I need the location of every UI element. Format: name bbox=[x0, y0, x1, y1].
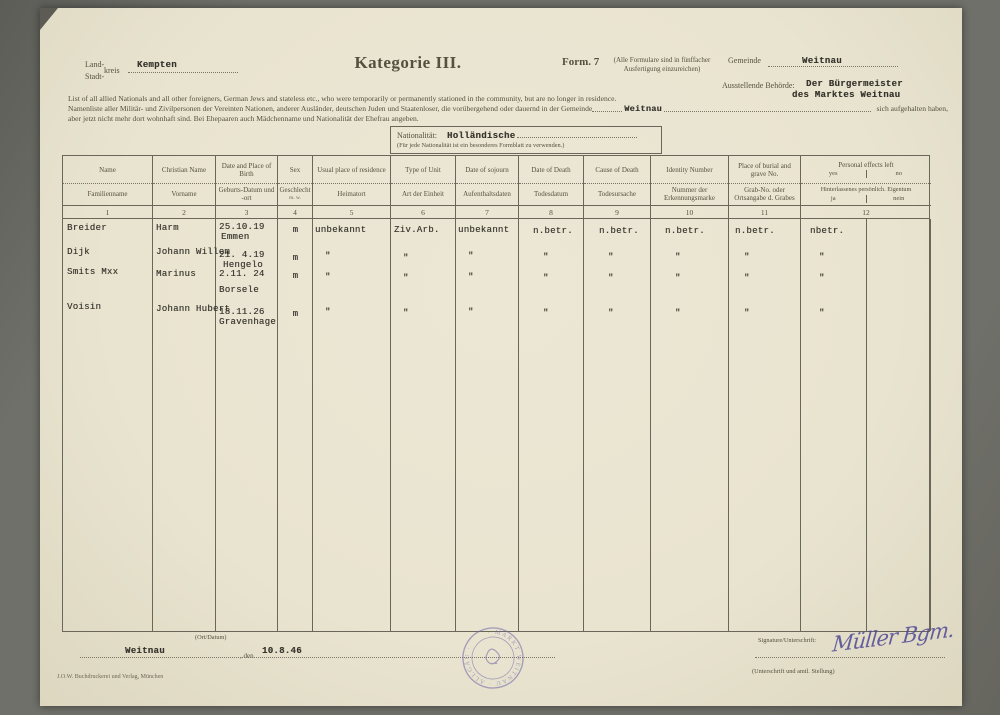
cell-birth-place: Borsele bbox=[219, 285, 259, 295]
col-birth: Date and Place of Birth Geburts-Datum un… bbox=[216, 156, 278, 218]
cell-death-date: " bbox=[543, 308, 549, 318]
cell-birth-place: Emmen bbox=[221, 232, 250, 242]
land-label: Land- bbox=[85, 60, 104, 69]
cell-residence: unbekannt bbox=[315, 225, 366, 235]
official-stamp: · MARKT WEITNAU · ALLGÄU · bbox=[454, 619, 532, 697]
nationality-label: Nationalität: bbox=[397, 131, 437, 140]
nationality-note: (Für jede Nationalität ist ein besondere… bbox=[397, 142, 655, 149]
intro-german-line1: Namenliste aller Militär- und Zivilperso… bbox=[68, 104, 948, 115]
cell-death-date: " bbox=[543, 252, 549, 262]
cell-identity: " bbox=[675, 252, 681, 262]
cell-sex: m bbox=[278, 271, 313, 281]
signature-note: (Unterschrift und amtl. Stellung) bbox=[752, 668, 835, 675]
cell-sex: m bbox=[278, 225, 313, 235]
typed-entries: Breider Harm 25.10.19 Emmen m unbekannt … bbox=[63, 219, 929, 631]
cell-residence: " bbox=[325, 272, 331, 282]
cell-birth-date: 2.11. 24 bbox=[219, 269, 265, 279]
cell-sojourn: unbekannt bbox=[458, 225, 509, 235]
signature-dotted-line bbox=[755, 648, 945, 658]
table-body: Breider Harm 25.10.19 Emmen m unbekannt … bbox=[63, 218, 929, 631]
stamp-emblem bbox=[484, 648, 500, 665]
cell-death-cause: n.betr. bbox=[599, 226, 639, 236]
document-paper: Land- Stadt- kreis Kempten Kategorie III… bbox=[40, 8, 962, 706]
cell-unit: " bbox=[403, 308, 409, 318]
cell-vorname: Marinus bbox=[156, 269, 196, 279]
col-sex: Sex Geschlecht m. w. 4 bbox=[278, 156, 313, 218]
cell-residence: " bbox=[325, 251, 331, 261]
col-identity: Identity Number Nummer der Erkennungsmar… bbox=[651, 156, 729, 218]
behoerde-label: Ausstellende Behörde: bbox=[722, 81, 795, 90]
col-sojourn: Date of sojourn Aufenthaltsdaten 7 bbox=[456, 156, 519, 218]
behoerde-value-line1: Der Bürgermeister bbox=[806, 79, 903, 89]
nationality-box: Nationalität: Holländische (Für jede Nat… bbox=[390, 126, 662, 154]
col-name: Name Familienname 1 bbox=[63, 156, 153, 218]
cell-sex: m bbox=[278, 253, 313, 263]
cell-death-date: " bbox=[543, 273, 549, 283]
col-death-date: Date of Death Todesdatum 8 bbox=[519, 156, 584, 218]
col-death-cause: Cause of Death Todesursache 9 bbox=[584, 156, 651, 218]
col-christian-name: Christian Name Vorname 2 bbox=[153, 156, 216, 218]
kreis-dotted-line bbox=[128, 60, 238, 73]
cell-name: Breider bbox=[67, 223, 107, 233]
kreis-label: kreis bbox=[104, 66, 120, 75]
cell-vorname: Harm bbox=[156, 223, 179, 233]
cell-identity: " bbox=[675, 308, 681, 318]
table-header: Name Familienname 1 Christian Name Vorna… bbox=[63, 156, 929, 218]
cell-name: Dijk bbox=[67, 247, 90, 257]
col-unit: Type of Unit Art der Einheit 6 bbox=[391, 156, 456, 218]
cell-sojourn: " bbox=[468, 307, 474, 317]
cell-sojourn: " bbox=[468, 272, 474, 282]
printer-imprint: J.O.W. Buchdruckerei und Verlag, München bbox=[57, 674, 163, 680]
col-effects: Personal effects left yes no Hinterlasse… bbox=[801, 156, 931, 218]
cell-effects: nbetr. bbox=[810, 226, 844, 236]
cell-residence: " bbox=[325, 307, 331, 317]
cell-effects: " bbox=[819, 252, 825, 262]
intro-english: List of all allied Nationals and all oth… bbox=[68, 94, 616, 105]
page-title: Kategorie III. bbox=[308, 53, 508, 73]
scan-corner-artifact bbox=[40, 8, 58, 30]
col-residence: Usual place of residence Heimatort 5 bbox=[313, 156, 391, 218]
cell-birth-date: 25.10.19 bbox=[219, 222, 265, 232]
cell-birth-place: Gravenhage bbox=[219, 317, 276, 327]
signature-label: Signature/Unterschrift: bbox=[758, 637, 816, 644]
gemeinde-value: Weitnau bbox=[802, 56, 842, 66]
cell-burial: n.betr. bbox=[735, 226, 775, 236]
cell-death-cause: " bbox=[608, 252, 614, 262]
svg-text:· MARKT WEITNAU · ALLGÄU ·: · MARKT WEITNAU · ALLGÄU · bbox=[459, 624, 528, 693]
cell-name: Voisin bbox=[67, 302, 101, 312]
behoerde-value-line2: des Marktes Weitnau bbox=[792, 90, 900, 100]
cell-sex: m bbox=[278, 309, 313, 319]
cell-death-cause: " bbox=[608, 273, 614, 283]
cell-unit: " bbox=[403, 253, 409, 263]
cell-sojourn: " bbox=[468, 251, 474, 261]
nationality-value: Holländische bbox=[447, 131, 515, 141]
form-table: Name Familienname 1 Christian Name Vorna… bbox=[62, 155, 930, 632]
gemeinde-label: Gemeinde bbox=[728, 56, 761, 65]
cell-effects: " bbox=[819, 273, 825, 283]
cell-identity: n.betr. bbox=[665, 226, 705, 236]
cell-burial: " bbox=[744, 273, 750, 283]
col-burial: Place of burial and grave No. Grab-No. o… bbox=[729, 156, 801, 218]
cell-unit: " bbox=[403, 273, 409, 283]
cell-birth-date: 18.11.26 bbox=[219, 307, 265, 317]
ort-datum-label: (Ort/Datum) bbox=[195, 634, 226, 641]
intro-german-line2: aber jetzt nicht mehr dort wohnhaft sind… bbox=[68, 114, 419, 125]
cell-death-date: n.betr. bbox=[533, 226, 573, 236]
cell-burial: " bbox=[744, 252, 750, 262]
cell-burial: " bbox=[744, 308, 750, 318]
cell-effects: " bbox=[819, 308, 825, 318]
cell-name: Smits Mxx bbox=[67, 267, 118, 277]
intro-gemeinde-value: Weitnau bbox=[624, 104, 662, 115]
cell-death-cause: " bbox=[608, 308, 614, 318]
cell-birth-date: 21. 4.19 bbox=[219, 250, 265, 260]
cell-identity: " bbox=[675, 273, 681, 283]
stadt-label: Stadt- bbox=[85, 72, 104, 81]
cell-unit: Ziv.Arb. bbox=[394, 225, 440, 235]
header-note: (Alle Formulare sind in fünffacher Ausfe… bbox=[592, 56, 732, 74]
